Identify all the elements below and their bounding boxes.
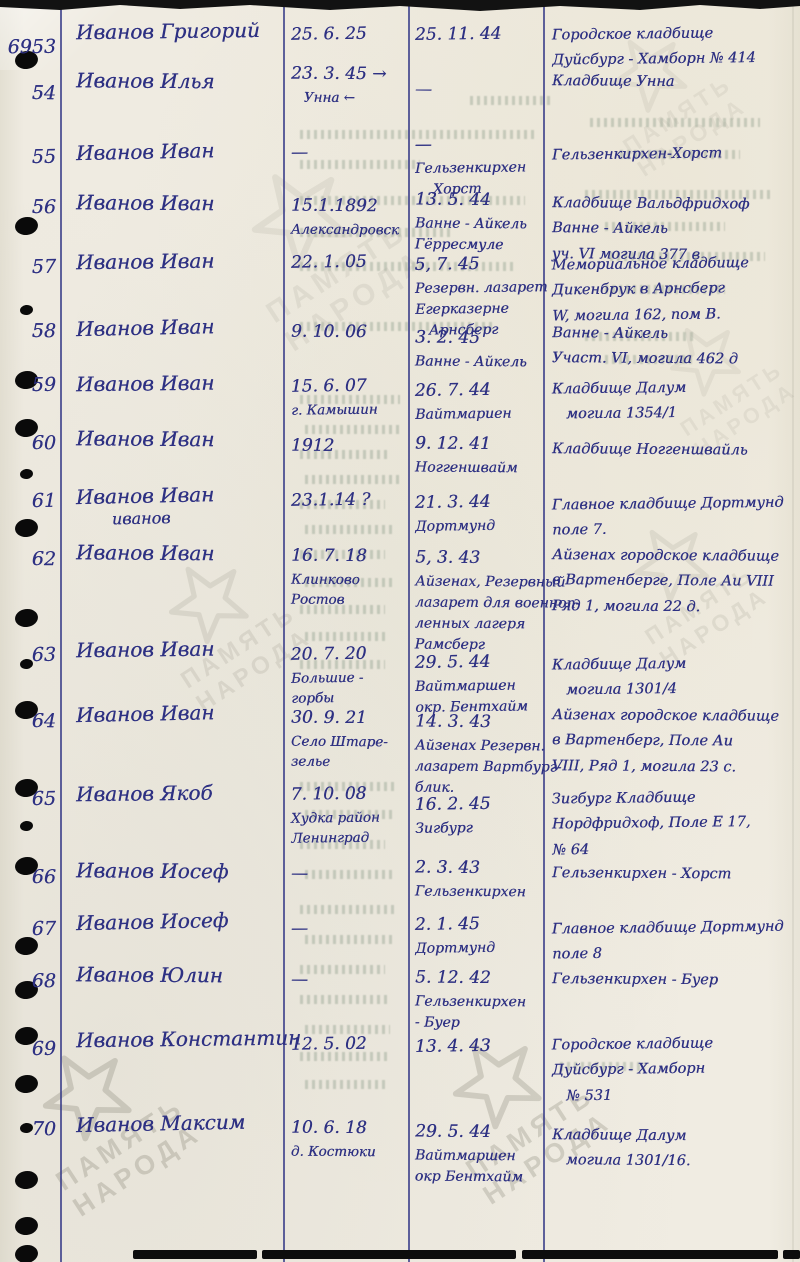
row-number: 59 bbox=[6, 372, 56, 400]
watermark-word: ПАМЯТЬ bbox=[51, 1091, 191, 1197]
death-date-cell: 16. 2. 45 Зигбург bbox=[415, 791, 552, 839]
row-number: 63 bbox=[6, 642, 56, 670]
birth-date-cell: 9. 10. 06 bbox=[291, 320, 405, 346]
bleed-through-line bbox=[300, 905, 395, 914]
death-date-cell: 2. 1. 45 Дортмунд bbox=[415, 911, 552, 959]
row-number: 54 bbox=[6, 80, 56, 108]
birth-date-cell: 23.1.14 ? bbox=[291, 487, 405, 514]
burial-place-cell: Кладбище Далум могила 1354/1 bbox=[552, 374, 799, 428]
birth-date-cell: — bbox=[291, 915, 405, 942]
row-number: 65 bbox=[6, 786, 56, 814]
burial-place-cell: Кладбище Далум могила 1301/16. bbox=[552, 1123, 798, 1175]
bleed-through-line bbox=[305, 475, 400, 484]
name-cell: Иванов Иван bbox=[76, 312, 282, 342]
death-date-cell: 2. 3. 43 Гельзенкирхен bbox=[415, 856, 551, 903]
scan-bottom-edge bbox=[522, 1250, 778, 1259]
bleed-through-line bbox=[305, 425, 400, 434]
scan-bottom-edge bbox=[262, 1250, 516, 1259]
name-cell: Иванов Григорий bbox=[76, 17, 282, 46]
row-number: 57 bbox=[6, 254, 56, 282]
birth-date-cell: 1912 bbox=[291, 434, 405, 460]
death-date-cell: 25. 11. 44 bbox=[415, 21, 551, 48]
burial-place-cell: Ванне - Айкель Участ. VI, могила 462 д bbox=[552, 321, 798, 373]
burial-place-cell: Гельзенкирхен - Хорст bbox=[552, 861, 798, 888]
row-number: 55 bbox=[6, 144, 56, 172]
name-cell: Иванов Иосеф bbox=[76, 857, 282, 884]
death-date-cell: 26. 7. 44 Вайтмариен bbox=[415, 377, 552, 425]
death-date-cell: 29. 5. 44 Вайтмаршен окр. Бентхайм bbox=[415, 649, 552, 718]
name-cell: Иванов Иван иванов bbox=[76, 480, 283, 531]
scan-bottom-edge bbox=[783, 1250, 800, 1259]
row-number: 58 bbox=[6, 318, 56, 346]
burial-place-cell: Городское кладбище Дуйсбург - Хамборн № … bbox=[552, 20, 799, 74]
death-date-cell: 13. 4. 43 bbox=[415, 1033, 551, 1060]
burial-place-cell: Гельзенкирхен-Хорст bbox=[552, 140, 798, 168]
hole-punch bbox=[14, 517, 39, 538]
hole-punch bbox=[14, 1169, 39, 1190]
name-cell: Иванов Иван bbox=[76, 136, 282, 166]
scanned-burial-list-page: ПАМЯТЬ НАРОДА ПАМЯТЬ НАРОДА ПАМЯТЬ НАРОД… bbox=[0, 0, 800, 1262]
name-cell: Иванов Илья bbox=[76, 67, 282, 94]
birth-date-cell: 25. 6. 25 bbox=[291, 21, 405, 48]
burial-place-cell: Кладбище Унна bbox=[552, 69, 798, 96]
hole-punch bbox=[14, 1243, 39, 1262]
death-date-cell: 14. 3. 43 Айзенах Резервн. лазарет Вартб… bbox=[415, 710, 552, 799]
row-number: 64 bbox=[6, 708, 56, 736]
birth-date-cell: 15. 6. 07 г. Камышин bbox=[291, 373, 406, 420]
row-number: 6953 bbox=[6, 34, 56, 62]
row-number: 67 bbox=[6, 916, 56, 944]
name-cell: Иванов Максим bbox=[76, 1108, 282, 1138]
birth-date-cell: 23. 3. 45 → Унна ← bbox=[291, 62, 405, 109]
hole-punch bbox=[19, 304, 33, 316]
row-number: 61 bbox=[6, 488, 56, 516]
bleed-through-line bbox=[300, 995, 390, 1004]
table-column-line bbox=[60, 6, 62, 1262]
death-date-cell: 21. 3. 44 Дортмунд bbox=[415, 489, 552, 537]
row-number: 66 bbox=[6, 864, 56, 892]
burial-place-cell: Айзенах городское кладбище в Вартенберг,… bbox=[552, 703, 799, 781]
row-number: 62 bbox=[6, 546, 56, 574]
name-cell: Иванов Иван bbox=[76, 539, 282, 566]
birth-date-cell: 30. 9. 21 Село Штаре- зелье bbox=[291, 706, 405, 773]
burial-place-cell: Айзенах городское кладбище в Вартенберге… bbox=[552, 543, 799, 621]
burial-place-cell: Главное кладбище Дортмунд поле 7. bbox=[552, 490, 799, 544]
birth-date-cell: — bbox=[291, 968, 405, 994]
row-number: 68 bbox=[6, 968, 56, 996]
hole-punch bbox=[14, 607, 39, 628]
burial-place-cell: Главное кладбище Дортмунд поле 8 bbox=[552, 914, 799, 968]
row-number: 70 bbox=[6, 1116, 56, 1144]
hole-punch bbox=[14, 1073, 39, 1094]
name-cell: Иванов Иосеф bbox=[76, 906, 282, 936]
birth-date-cell: 15.1.1892 Александровск bbox=[291, 194, 405, 241]
scan-bottom-edge bbox=[133, 1250, 257, 1259]
scan-top-edge bbox=[0, 0, 800, 12]
birth-date-cell: 12. 5. 02 bbox=[291, 1031, 405, 1058]
name-cell: Иванов Юлин bbox=[76, 961, 282, 988]
burial-place-cell: Кладбище Далум могила 1301/4 bbox=[552, 650, 799, 704]
bleed-through-line bbox=[305, 1080, 385, 1089]
death-date-cell: 3. 2. 45 Ванне - Айкель bbox=[415, 326, 551, 373]
name-cell: Иванов Иван bbox=[76, 369, 282, 398]
burial-place-cell: Кладбище Ноггеншвайль bbox=[552, 437, 798, 464]
watermark-word: НАРОДА bbox=[633, 93, 751, 183]
birth-date-cell: 7. 10. 08 Худка район Ленинград bbox=[291, 781, 406, 848]
birth-date-cell: 10. 6. 18 д. Костюки bbox=[291, 1116, 405, 1163]
row-number: 69 bbox=[6, 1036, 56, 1064]
name-cell: Иванов Иван bbox=[76, 189, 282, 216]
birth-date-cell: 22. 1. 05 bbox=[291, 249, 405, 276]
row-number: 60 bbox=[6, 430, 56, 458]
death-date-cell: 13. 5. 44 Ванне - Айкель Гёрресмуле bbox=[415, 188, 551, 256]
burial-place-cell: Городское кладбище Дуйсбург - Хамборн № … bbox=[552, 1031, 799, 1110]
hole-punch bbox=[14, 1215, 39, 1236]
bleed-through-line bbox=[305, 525, 395, 534]
hole-punch bbox=[19, 468, 33, 480]
death-date-cell: 9. 12. 41 Ноггеншвайм bbox=[415, 432, 551, 479]
birth-date-cell: — bbox=[291, 139, 405, 166]
name-cell: Иванов Якоб bbox=[76, 779, 282, 808]
death-date-cell: — bbox=[415, 78, 551, 104]
table-column-line bbox=[408, 6, 410, 1262]
name-cell: Иванов Иван bbox=[76, 425, 282, 452]
death-date-cell: 5, 3. 43 Айзенах, Резервный лазарет для … bbox=[415, 546, 552, 656]
table-column-line bbox=[283, 6, 285, 1262]
bleed-through-line bbox=[590, 118, 760, 127]
birth-date-cell: — bbox=[291, 862, 405, 888]
burial-place-cell: Гельзенкирхен - Буер bbox=[552, 967, 798, 994]
death-date-cell: 5. 12. 42 Гельзенкирхен - Буер bbox=[415, 966, 551, 1034]
birth-date-cell: 16. 7. 18 Клинково Ростов bbox=[291, 544, 405, 611]
name-cell: Иванов Константин bbox=[76, 1025, 282, 1054]
name-cell: Иванов Иван bbox=[76, 247, 282, 276]
hole-punch bbox=[19, 820, 33, 832]
name-cell: Иванов Иван bbox=[76, 635, 282, 664]
death-date-cell: 29. 5. 44 Вайтмаршен окр Бентхайм bbox=[415, 1120, 551, 1188]
burial-place-cell: Мемориальное кладбище Дикенбрук в Арнсбе… bbox=[552, 251, 799, 330]
burial-place-cell: Зигбург Кладбище Нордфридхоф, Поле Е 17,… bbox=[552, 785, 799, 864]
row-number: 56 bbox=[6, 194, 56, 222]
birth-date-cell: 20. 7. 20 Большие - горбы bbox=[291, 641, 406, 708]
bleed-through-line bbox=[305, 632, 385, 641]
name-cell: Иванов Иван bbox=[76, 698, 282, 728]
